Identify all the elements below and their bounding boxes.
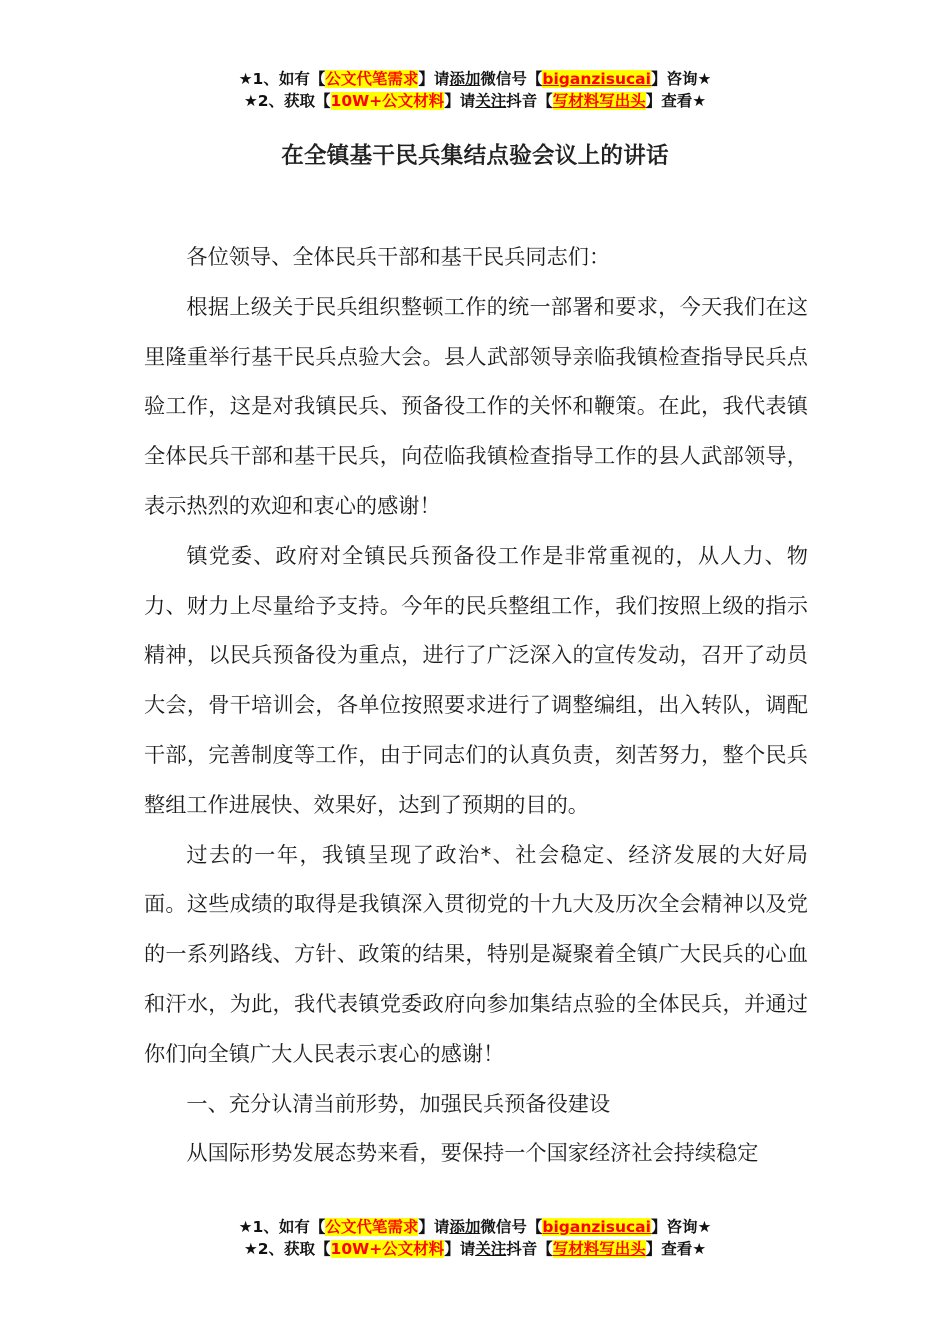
underlined-add: 添加 <box>449 70 480 88</box>
body-paragraph: 从国际形势发展态势来看，要保持一个国家经济社会持续稳定 <box>144 1128 808 1178</box>
banner-text: 】咨询★ <box>651 70 711 88</box>
banner-text: 】查看★ <box>646 1240 706 1258</box>
underlined-follow: 关注 <box>475 92 506 110</box>
header-banner-line-2: ★2、获取【10W+公文材料】请关注抖音【写材料写出头】查看★ <box>0 90 950 112</box>
banner-text: 】请 <box>444 1240 475 1258</box>
body-paragraph: 根据上级关于民兵组织整顿工作的统一部署和要求，今天我们在这里隆重举行基干民兵点验… <box>144 282 808 531</box>
wechat-id[interactable]: biganzisucai <box>542 1218 651 1236</box>
highlight-service: 公文代笔需求 <box>325 70 418 88</box>
header-banner: ★1、如有【公文代笔需求】请添加微信号【biganzisucai】咨询★ ★2、… <box>0 68 950 112</box>
banner-text: 抖音【 <box>506 1240 553 1258</box>
banner-text: 】查看★ <box>646 92 706 110</box>
underlined-add: 添加 <box>449 1218 480 1236</box>
highlight-materials: 10W+公文材料 <box>331 1240 445 1258</box>
douyin-account[interactable]: 写材料写出头 <box>553 92 646 110</box>
footer-banner-line-1: ★1、如有【公文代笔需求】请添加微信号【biganzisucai】咨询★ <box>0 1216 950 1238</box>
footer-banner: ★1、如有【公文代笔需求】请添加微信号【biganzisucai】咨询★ ★2、… <box>0 1216 950 1260</box>
section-heading: 一、充分认清当前形势，加强民兵预备役建设 <box>144 1079 808 1129</box>
banner-text: 】请 <box>418 70 449 88</box>
footer-banner-line-2: ★2、获取【10W+公文材料】请关注抖音【写材料写出头】查看★ <box>0 1238 950 1260</box>
document-body: 各位领导、全体民兵干部和基干民兵同志们： 根据上级关于民兵组织整顿工作的统一部署… <box>144 232 808 1178</box>
document-title: 在全镇基干民兵集结点验会议上的讲话 <box>0 138 950 174</box>
douyin-account[interactable]: 写材料写出头 <box>553 1240 646 1258</box>
banner-text: ★1、如有【 <box>239 1218 326 1236</box>
salutation-paragraph: 各位领导、全体民兵干部和基干民兵同志们： <box>144 232 808 282</box>
banner-text: 微信号【 <box>480 70 542 88</box>
banner-text: 抖音【 <box>506 92 553 110</box>
banner-text: ★2、获取【 <box>244 92 331 110</box>
banner-text: 】请 <box>418 1218 449 1236</box>
underlined-follow: 关注 <box>475 1240 506 1258</box>
body-paragraph: 过去的一年，我镇呈现了政治*、社会稳定、经济发展的大好局面。这些成绩的取得是我镇… <box>144 830 808 1079</box>
body-paragraph: 镇党委、政府对全镇民兵预备役工作是非常重视的，从人力、物力、财力上尽量给予支持。… <box>144 531 808 830</box>
highlight-service: 公文代笔需求 <box>325 1218 418 1236</box>
banner-text: 】咨询★ <box>651 1218 711 1236</box>
highlight-materials: 10W+公文材料 <box>331 92 445 110</box>
banner-text: ★2、获取【 <box>244 1240 331 1258</box>
banner-text: 】请 <box>444 92 475 110</box>
header-banner-line-1: ★1、如有【公文代笔需求】请添加微信号【biganzisucai】咨询★ <box>0 68 950 90</box>
banner-text: 微信号【 <box>480 1218 542 1236</box>
wechat-id[interactable]: biganzisucai <box>542 70 651 88</box>
banner-text: ★1、如有【 <box>239 70 326 88</box>
